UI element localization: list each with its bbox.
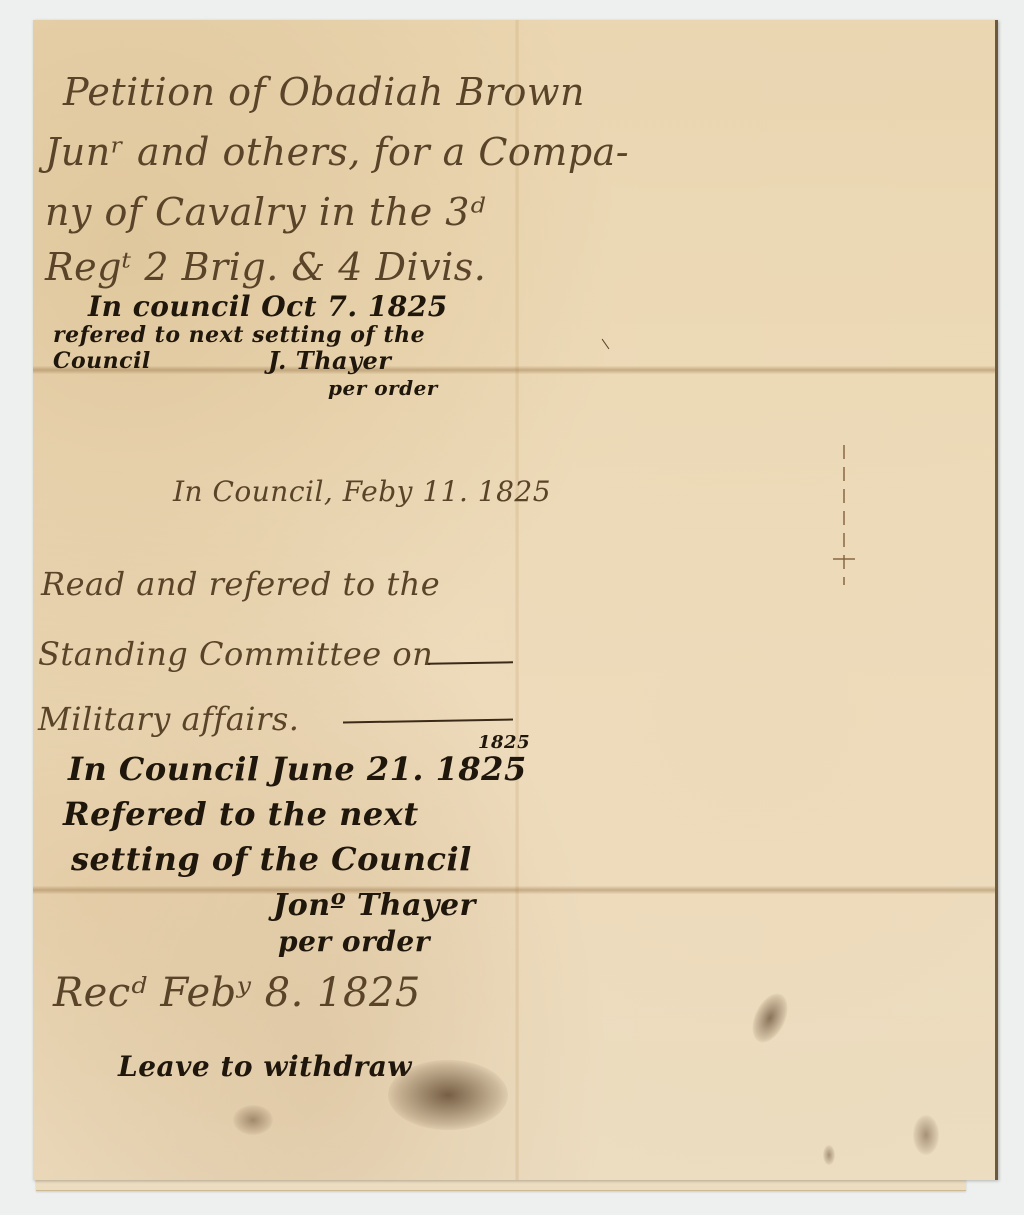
ink-flourish-line bbox=[343, 719, 513, 724]
leave-to-withdraw-note: Leave to withdraw bbox=[118, 1050, 412, 1083]
endorsement-1-line-3: Council bbox=[53, 348, 151, 374]
docket-panel: Petition of Obadiah Brown Junʳ and other… bbox=[33, 20, 517, 1180]
endorsement-2-line-3: Standing Committee on bbox=[38, 635, 433, 673]
endorsement-3-line-1: In Council June 21. 1825 bbox=[68, 750, 527, 788]
endorsement-3-line-2: Refered to the next bbox=[63, 795, 419, 833]
endorsement-2-line-1: In Council, Feby 11. 1825 bbox=[173, 475, 551, 508]
endorsement-1-line-1: In council Oct 7. 1825 bbox=[88, 290, 448, 323]
title-line-3: ny of Cavalry in the 3ᵈ bbox=[45, 190, 486, 234]
endorsement-3-line-3: setting of the Council bbox=[71, 840, 472, 878]
document-page: Petition of Obadiah Brown Junʳ and other… bbox=[33, 20, 998, 1180]
ink-stain bbox=[823, 1145, 835, 1165]
pencil-dashed-mark bbox=[843, 445, 845, 585]
endorsement-1-line-2: refered to next setting of the bbox=[53, 322, 425, 348]
title-line-1: Petition of Obadiah Brown bbox=[63, 70, 585, 114]
endorsement-3-per-order: per order bbox=[278, 925, 430, 958]
stray-pen-mark bbox=[602, 339, 610, 349]
ink-smudge bbox=[388, 1060, 508, 1130]
pencil-cross-mark bbox=[833, 558, 855, 560]
ink-smudge bbox=[233, 1105, 273, 1135]
endorsement-1-signature: J. Thayer bbox=[268, 346, 391, 375]
title-line-4: Regᵗ 2 Brig. & 4 Divis. bbox=[45, 245, 486, 289]
endorsement-2-line-4: Military affairs. bbox=[38, 700, 299, 738]
received-date: Recᵈ Febʸ 8. 1825 bbox=[53, 970, 421, 1016]
title-line-2: Junʳ and others, for a Compa- bbox=[45, 130, 629, 174]
ink-flourish-line bbox=[428, 661, 513, 664]
endorsement-1-per-order: per order bbox=[328, 376, 438, 400]
ink-stain bbox=[745, 988, 794, 1048]
endorsement-3-signature: Jonº Thayer bbox=[273, 888, 476, 923]
endorsement-2-line-2: Read and refered to the bbox=[41, 565, 440, 603]
ink-stain bbox=[913, 1115, 939, 1155]
